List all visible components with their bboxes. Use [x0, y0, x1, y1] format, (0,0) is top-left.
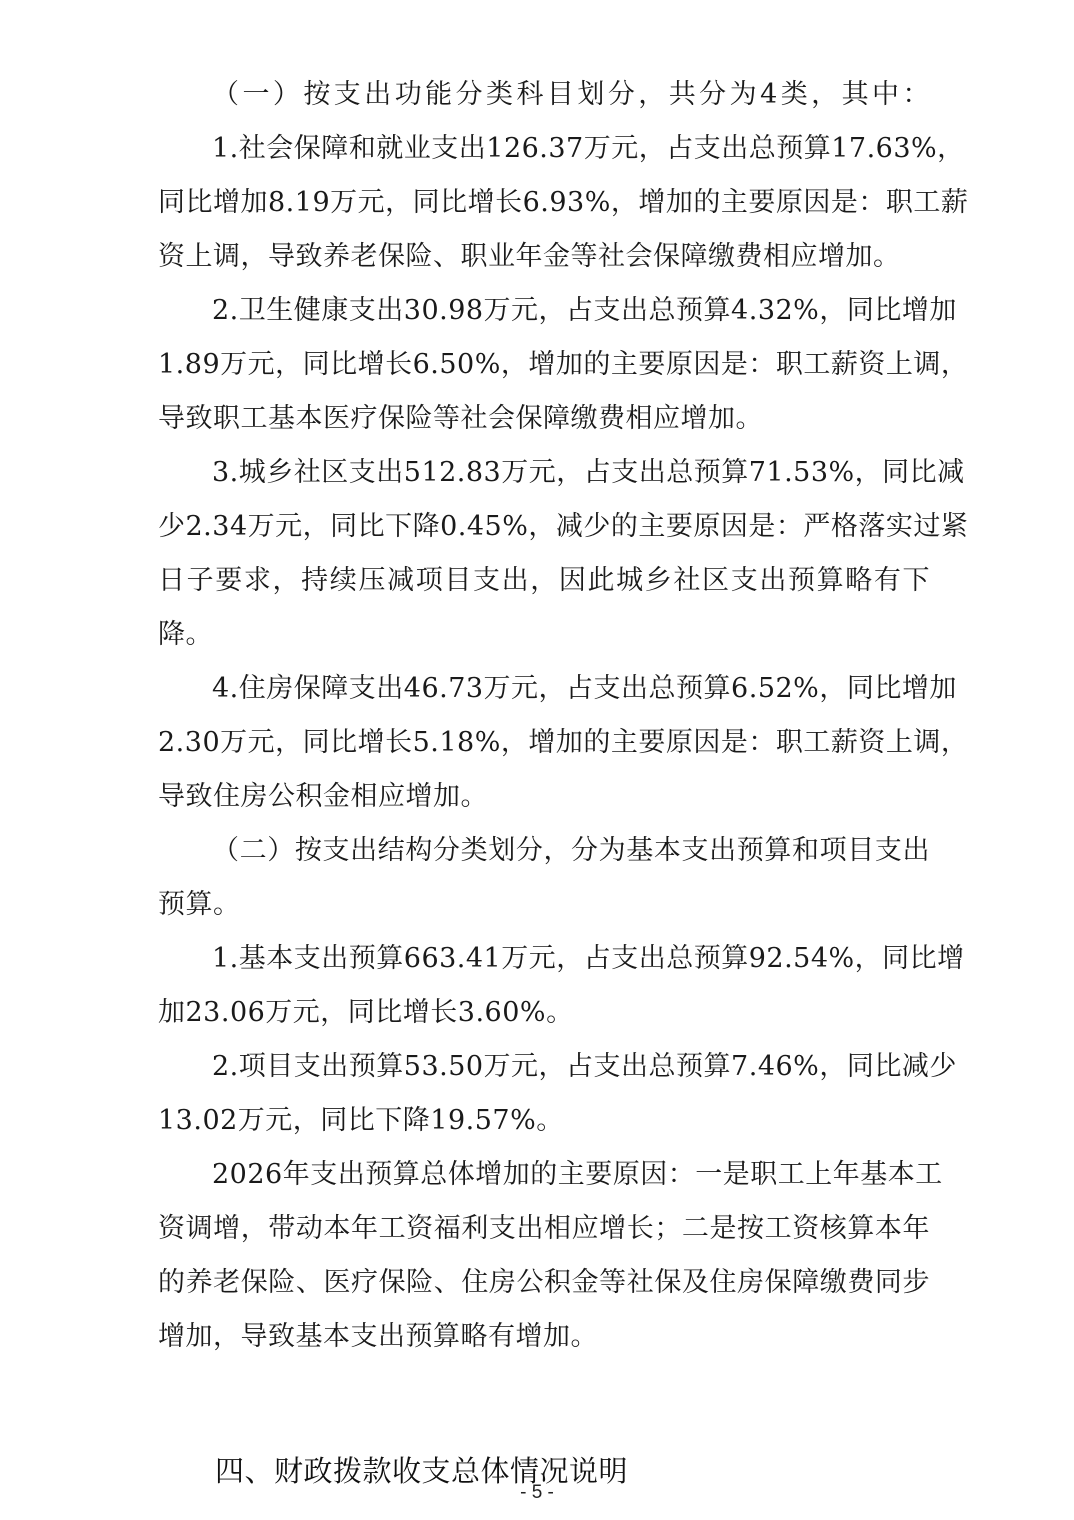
paragraph-line: 预算。 [158, 889, 930, 921]
paragraph-line: 4.住房保障支出46.73万元，占支出总预算6.52%，同比增加 [212, 673, 930, 705]
paragraph-line: 2026年支出预算总体增加的主要原因：一是职工上年基本工 [212, 1159, 930, 1191]
document-page: （一）按支出功能分类科目划分，共分为4类，其中： 1.社会保障和就业支出126.… [0, 0, 1074, 1520]
paragraph-line: 2.项目支出预算53.50万元，占支出总预算7.46%，同比减少 [212, 1051, 930, 1083]
paragraph-line: 导致职工基本医疗保险等社会保障缴费相应增加。 [158, 403, 930, 435]
paragraph-line: 资调增，带动本年工资福利支出相应增长；二是按工资核算本年 [158, 1213, 930, 1245]
paragraph-line: 加23.06万元，同比增长3.60%。 [158, 997, 930, 1029]
paragraph-line: 降。 [158, 619, 930, 651]
paragraph-line: 增加，导致基本支出预算略有增加。 [158, 1321, 930, 1353]
paragraph-line: 1.基本支出预算663.41万元，占支出总预算92.54%，同比增 [212, 943, 930, 975]
subsection-heading-functional: （一）按支出功能分类科目划分，共分为4类，其中： [212, 79, 930, 111]
paragraph-line: 导致住房公积金相应增加。 [158, 781, 930, 813]
paragraph-line: 2.30万元，同比增长5.18%，增加的主要原因是：职工薪资上调， [158, 727, 930, 759]
paragraph-line: 资上调，导致养老保险、职业年金等社会保障缴费相应增加。 [158, 241, 930, 273]
paragraph-line: 同比增加8.19万元，同比增长6.93%，增加的主要原因是：职工薪 [158, 187, 930, 219]
paragraph-line: 2.卫生健康支出30.98万元，占支出总预算4.32%，同比增加 [212, 295, 930, 327]
paragraph-line: 1.社会保障和就业支出126.37万元，占支出总预算17.63%， [212, 133, 930, 165]
page-number: - 5 - [0, 1482, 1074, 1504]
paragraph-line: 3.城乡社区支出512.83万元，占支出总预算71.53%，同比减 [212, 457, 930, 489]
paragraph-line: 13.02万元，同比下降19.57%。 [158, 1105, 930, 1137]
paragraph-line: 日子要求，持续压减项目支出，因此城乡社区支出预算略有下 [158, 565, 930, 597]
subsection-heading-structural: （二）按支出结构分类划分，分为基本支出预算和项目支出 [212, 835, 930, 867]
paragraph-line: 少2.34万元，同比下降0.45%，减少的主要原因是：严格落实过紧 [158, 511, 930, 543]
paragraph-line: 1.89万元，同比增长6.50%，增加的主要原因是：职工薪资上调， [158, 349, 930, 381]
paragraph-line: 的养老保险、医疗保险、住房公积金等社保及住房保障缴费同步 [158, 1267, 930, 1299]
